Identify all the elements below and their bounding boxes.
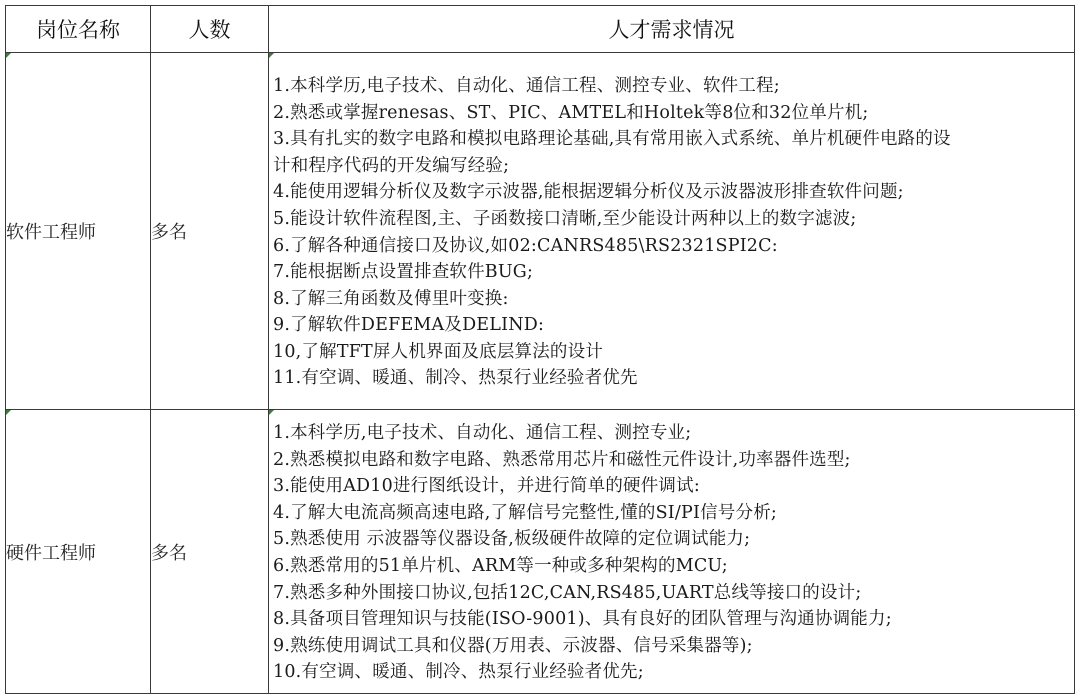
header-row: 岗位名称 人数 人才需求情况	[6, 6, 1075, 53]
requirement-line: 5.能设计软件流程图,主、子函数接口清晰,至少能设计两种以上的数字滤波;	[273, 206, 1070, 233]
requirement-line: 3.具有扎实的数字电路和模拟电路理论基础,具有常用嵌入式系统、单片机硬件电路的设	[273, 126, 1070, 153]
table-row: 硬件工程师 多名 1.本科学历,电子技术、自动化、通信工程、测控专业; 2.熟悉…	[6, 410, 1075, 694]
requirements-cell: 1.本科学历,电子技术、自动化、通信工程、测控专业、软件工程; 2.熟悉或掌握r…	[269, 53, 1075, 410]
requirements-cell: 1.本科学历,电子技术、自动化、通信工程、测控专业; 2.熟悉模拟电路和数字电路…	[269, 410, 1075, 694]
count-cell: 多名	[151, 410, 269, 694]
requirement-line: 3.能使用AD10进行图纸设计，并进行简单的硬件调试:	[273, 473, 1070, 500]
requirement-line: 8.具备项目管理知识与技能(ISO-9001)、具有良好的团队管理与沟通协调能力…	[273, 606, 1070, 633]
requirement-line: 8.了解三角函数及傅里叶变换:	[273, 286, 1070, 313]
header-count: 人数	[151, 6, 269, 53]
table-row: 软件工程师 多名 1.本科学历,电子技术、自动化、通信工程、测控专业、软件工程;…	[6, 53, 1075, 410]
requirement-line: 2.熟悉模拟电路和数字电路、熟悉常用芯片和磁性元件设计,功率器件选型;	[273, 447, 1070, 474]
requirement-line: 4.了解大电流高频高速电路,了解信号完整性,懂的SI/PI信号分析;	[273, 500, 1070, 527]
requirement-line: 5.熟悉使用 示波器等仪器设备,板级硬件故障的定位调试能力;	[273, 526, 1070, 553]
requirement-line: 10,了解TFT屏人机界面及底层算法的设计	[273, 339, 1070, 366]
count-cell: 多名	[151, 53, 269, 410]
requirement-line: 9.了解软件DEFEMA及DELIND:	[273, 312, 1070, 339]
requirement-line: 11.有空调、暖通、制冷、热泵行业经验者优先	[273, 365, 1070, 392]
requirement-line: 2.熟悉或掌握renesas、ST、PIC、AMTEL和Holtek等8位和32…	[273, 100, 1070, 127]
requirement-line: 10.有空调、暖通、制冷、热泵行业经验者优先;	[273, 659, 1070, 686]
job-requirements-table: 岗位名称 人数 人才需求情况 软件工程师 多名 1.本科学历,电子技术、自动化、…	[5, 5, 1075, 694]
requirement-line: 7.能根据断点设置排查软件BUG;	[273, 259, 1070, 286]
requirement-line: 1.本科学历,电子技术、自动化、通信工程、测控专业、软件工程;	[273, 73, 1070, 100]
requirement-line: 9.熟练使用调试工具和仪器(万用表、示波器、信号采集器等);	[273, 633, 1070, 660]
requirement-line: 计和程序代码的开发编写经验;	[273, 153, 1070, 180]
position-cell: 软件工程师	[6, 53, 151, 410]
header-position: 岗位名称	[6, 6, 151, 53]
requirement-line: 4.能使用逻辑分析仪及数字示波器,能根据逻辑分析仪及示波器波形排查软件问题;	[273, 179, 1070, 206]
requirement-line: 6.熟悉常用的51单片机、ARM等一种或多种架构的MCU;	[273, 553, 1070, 580]
requirement-line: 7.熟悉多种外围接口协议,包括12C,CAN,RS485,UART总线等接口的设…	[273, 580, 1070, 607]
requirement-line: 6.了解各种通信接口及协议,如02:CANRS485\RS2321SPI2C:	[273, 233, 1070, 260]
requirement-line: 1.本科学历,电子技术、自动化、通信工程、测控专业;	[273, 420, 1070, 447]
position-cell: 硬件工程师	[6, 410, 151, 694]
header-requirements: 人才需求情况	[269, 6, 1075, 53]
